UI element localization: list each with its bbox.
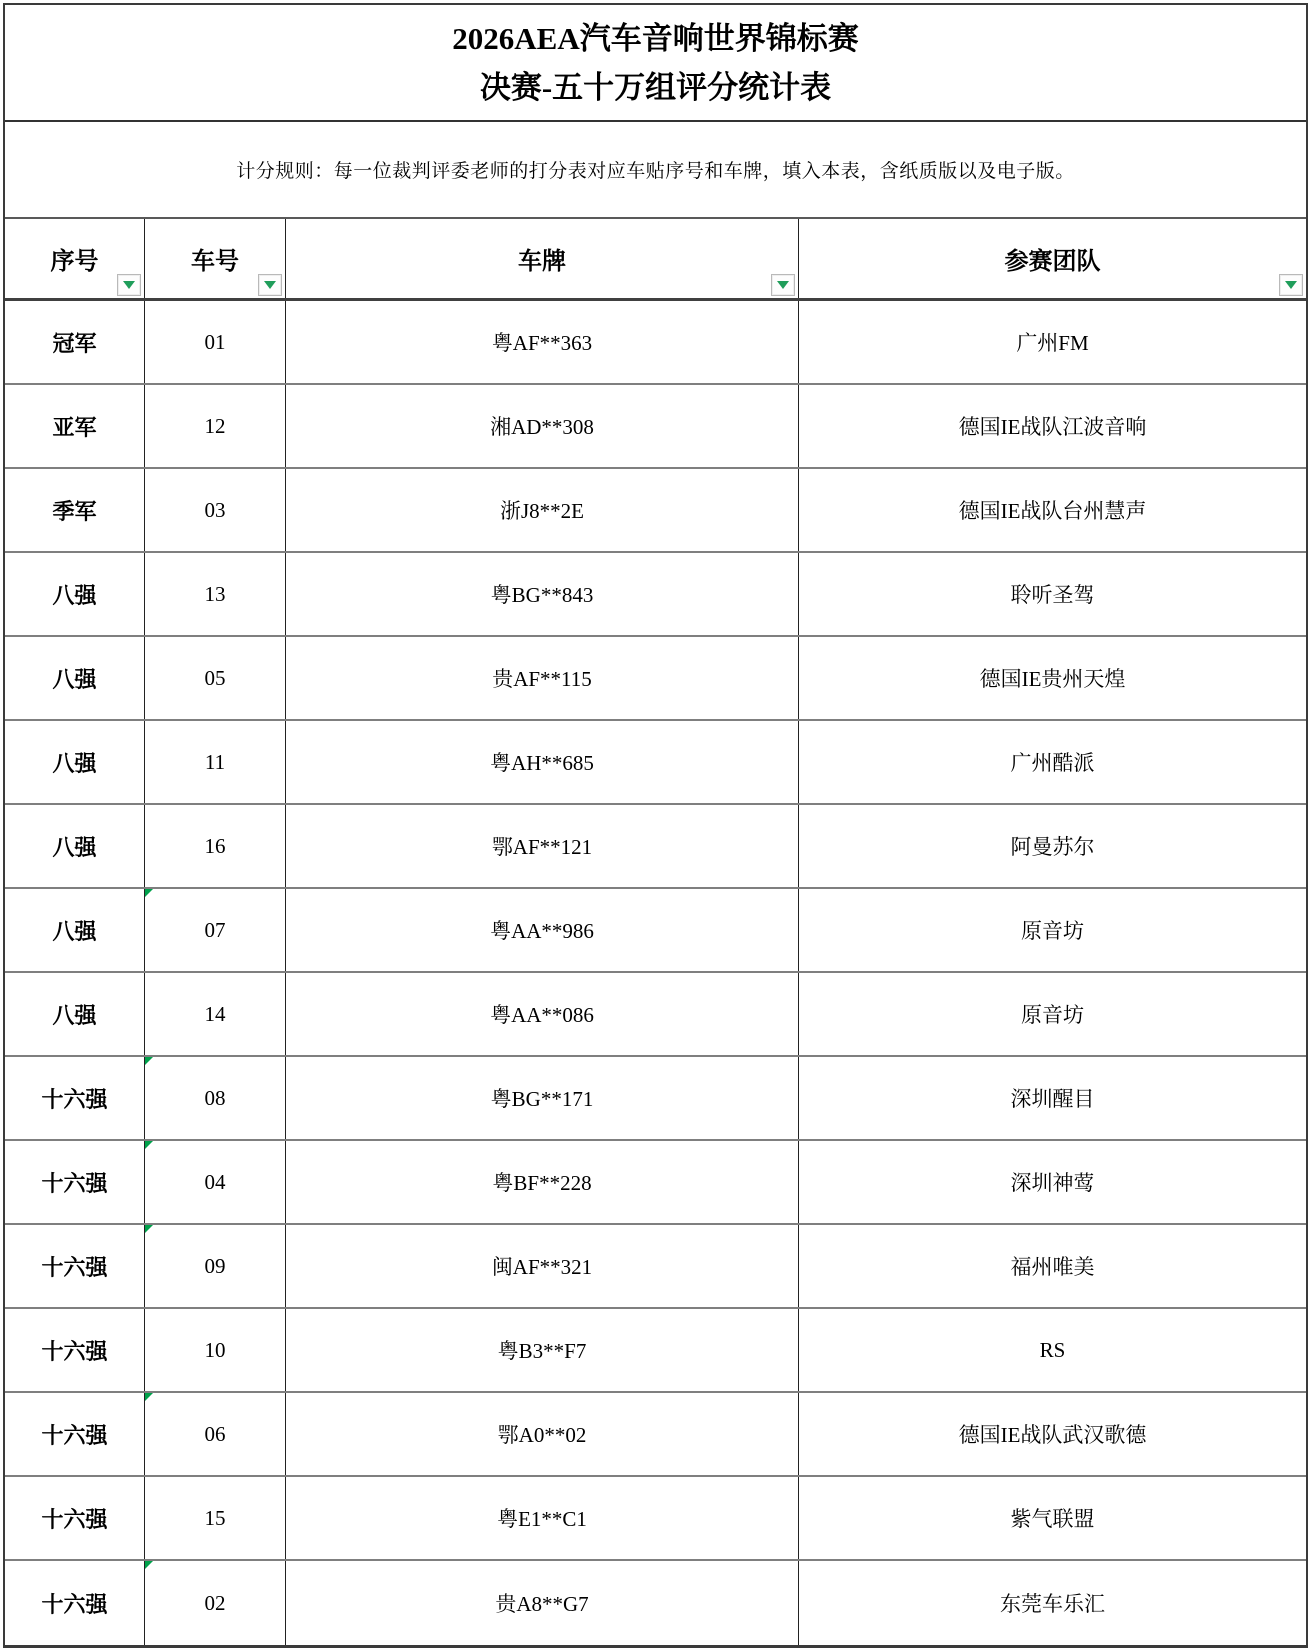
team-cell: 福州唯美 (799, 1225, 1306, 1307)
scoring-rule-note: 计分规则：每一位裁判评委老师的打分表对应车贴序号和车牌，填入本表，含纸质版以及电… (5, 122, 1306, 219)
table-row: 亚军12湘AD**308德国IE战队江波音响 (5, 385, 1306, 469)
plate-cell: 贵A8**G7 (286, 1561, 799, 1645)
car-number-cell: 03 (145, 469, 286, 551)
rank-cell-text: 八强 (52, 663, 96, 694)
table-row: 十六强08粤BG**171深圳醒目 (5, 1057, 1306, 1141)
team-cell-text: 德国IE战队台州慧声 (959, 495, 1147, 525)
plate-cell: 湘AD**308 (286, 385, 799, 467)
plate-cell-text: 粤B3**F7 (498, 1335, 587, 1365)
team-cell-text: 深圳醒目 (1011, 1083, 1095, 1113)
table-row: 八强07粤AA**986原音坊 (5, 889, 1306, 973)
team-cell-text: 紫气联盟 (1011, 1503, 1095, 1533)
plate-cell: 粤BG**171 (286, 1057, 799, 1139)
table-row: 八强05贵AF**115德国IE贵州天煌 (5, 637, 1306, 721)
rank-cell-text: 季军 (52, 495, 96, 526)
column-header-label: 参赛团队 (1005, 241, 1101, 276)
plate-cell: 粤B3**F7 (286, 1309, 799, 1391)
team-cell: 广州FM (799, 301, 1306, 383)
rank-cell: 十六强 (5, 1309, 145, 1391)
car-number-cell-text: 05 (205, 666, 226, 691)
car-number-cell: 02 (145, 1561, 286, 1645)
plate-cell: 闽AF**321 (286, 1225, 799, 1307)
car-number-cell-text: 02 (205, 1591, 226, 1616)
rank-cell: 八强 (5, 973, 145, 1055)
team-cell-text: RS (1040, 1338, 1066, 1363)
plate-cell: 粤AH**685 (286, 721, 799, 803)
car-number-cell: 09 (145, 1225, 286, 1307)
plate-cell: 粤AF**363 (286, 301, 799, 383)
rank-cell-text: 八强 (52, 831, 96, 862)
rank-cell-text: 十六强 (41, 1419, 107, 1450)
car-number-cell-text: 01 (205, 330, 226, 355)
table-row: 十六强15粤E1**C1紫气联盟 (5, 1477, 1306, 1561)
car-number-cell: 12 (145, 385, 286, 467)
team-cell-text: 德国IE贵州天煌 (980, 663, 1126, 693)
team-cell: RS (799, 1309, 1306, 1391)
team-cell-text: 聆听圣驾 (1011, 579, 1095, 609)
table-row: 八强14粤AA**086原音坊 (5, 973, 1306, 1057)
column-header-seq: 序号 (5, 219, 145, 298)
car-number-cell-text: 06 (205, 1422, 226, 1447)
car-number-cell-text: 08 (205, 1086, 226, 1111)
team-cell: 德国IE贵州天煌 (799, 637, 1306, 719)
team-cell: 深圳醒目 (799, 1057, 1306, 1139)
rank-cell: 十六强 (5, 1477, 145, 1559)
filter-button-team[interactable] (1279, 274, 1303, 296)
title-line-2: 决赛-五十万组评分统计表 (480, 63, 831, 112)
cell-error-indicator-icon (145, 1393, 153, 1401)
table-row: 十六强04粤BF**228深圳神莺 (5, 1141, 1306, 1225)
team-cell: 阿曼苏尔 (799, 805, 1306, 887)
rank-cell-text: 八强 (52, 747, 96, 778)
plate-cell-text: 粤BF**228 (492, 1167, 591, 1197)
rank-cell-text: 十六强 (41, 1167, 107, 1198)
car-number-cell: 10 (145, 1309, 286, 1391)
filter-dropdown-icon (123, 281, 135, 289)
cell-error-indicator-icon (145, 1057, 153, 1065)
table-row: 季军03浙J8**2E德国IE战队台州慧声 (5, 469, 1306, 553)
plate-cell: 粤E1**C1 (286, 1477, 799, 1559)
filter-button-plate[interactable] (771, 274, 795, 296)
car-number-cell-text: 13 (205, 582, 226, 607)
car-number-cell: 13 (145, 553, 286, 635)
team-cell: 德国IE战队江波音响 (799, 385, 1306, 467)
team-cell: 广州酷派 (799, 721, 1306, 803)
table-row: 十六强10粤B3**F7RS (5, 1309, 1306, 1393)
team-cell-text: 原音坊 (1021, 915, 1084, 945)
plate-cell: 鄂AF**121 (286, 805, 799, 887)
team-cell: 紫气联盟 (799, 1477, 1306, 1559)
column-header-car-no: 车号 (145, 219, 286, 298)
rank-cell-text: 十六强 (41, 1335, 107, 1366)
plate-cell-text: 粤BG**843 (491, 579, 594, 609)
plate-cell-text: 粤AH**685 (490, 747, 594, 777)
rank-cell: 八强 (5, 553, 145, 635)
car-number-cell-text: 09 (205, 1254, 226, 1279)
rank-cell: 十六强 (5, 1057, 145, 1139)
plate-cell-text: 粤BG**171 (491, 1083, 594, 1113)
car-number-cell-text: 16 (205, 834, 226, 859)
car-number-cell-text: 12 (205, 414, 226, 439)
car-number-cell: 01 (145, 301, 286, 383)
column-header-plate: 车牌 (286, 219, 799, 298)
plate-cell-text: 闽AF**321 (492, 1251, 592, 1281)
filter-button-car-no[interactable] (258, 274, 282, 296)
team-cell-text: 深圳神莺 (1011, 1167, 1095, 1197)
rank-cell: 八强 (5, 637, 145, 719)
team-cell: 深圳神莺 (799, 1141, 1306, 1223)
team-cell-text: 德国IE战队江波音响 (959, 411, 1147, 441)
car-number-cell: 04 (145, 1141, 286, 1223)
rank-cell: 季军 (5, 469, 145, 551)
table-row: 八强11粤AH**685广州酷派 (5, 721, 1306, 805)
table-row: 十六强09闽AF**321福州唯美 (5, 1225, 1306, 1309)
car-number-cell: 16 (145, 805, 286, 887)
plate-cell: 粤BG**843 (286, 553, 799, 635)
car-number-cell: 14 (145, 973, 286, 1055)
cell-error-indicator-icon (145, 1141, 153, 1149)
plate-cell-text: 鄂AF**121 (492, 831, 592, 861)
table-row: 十六强06鄂A0**02德国IE战队武汉歌德 (5, 1393, 1306, 1477)
plate-cell: 鄂A0**02 (286, 1393, 799, 1475)
plate-cell: 粤AA**986 (286, 889, 799, 971)
table-row: 八强16鄂AF**121阿曼苏尔 (5, 805, 1306, 889)
column-header-label: 序号 (51, 241, 99, 276)
plate-cell: 贵AF**115 (286, 637, 799, 719)
column-header-label: 车牌 (518, 241, 566, 276)
page-title: 2026AEA汽车音响世界锦标赛 决赛-五十万组评分统计表 (5, 5, 1306, 122)
team-cell: 东莞车乐汇 (799, 1561, 1306, 1645)
cell-error-indicator-icon (145, 889, 153, 897)
table-header-row: 序号车号车牌参赛团队 (5, 219, 1306, 301)
rank-cell-text: 十六强 (41, 1503, 107, 1534)
rank-cell: 亚军 (5, 385, 145, 467)
filter-button-seq[interactable] (117, 274, 141, 296)
title-line-1: 2026AEA汽车音响世界锦标赛 (452, 14, 858, 63)
plate-cell-text: 贵AF**115 (492, 663, 592, 693)
filter-dropdown-icon (264, 281, 276, 289)
column-header-label: 车号 (191, 241, 239, 276)
team-cell: 德国IE战队武汉歌德 (799, 1393, 1306, 1475)
rank-cell: 十六强 (5, 1393, 145, 1475)
plate-cell: 粤BF**228 (286, 1141, 799, 1223)
column-header-team: 参赛团队 (799, 219, 1306, 298)
filter-dropdown-icon (777, 281, 789, 289)
plate-cell-text: 粤E1**C1 (497, 1503, 587, 1533)
rank-cell-text: 十六强 (41, 1251, 107, 1282)
car-number-cell-text: 04 (205, 1170, 226, 1195)
rank-cell: 十六强 (5, 1141, 145, 1223)
rank-cell-text: 八强 (52, 915, 96, 946)
plate-cell-text: 粤AA**086 (490, 999, 594, 1029)
plate-cell-text: 鄂A0**02 (498, 1419, 587, 1449)
rank-cell: 十六强 (5, 1225, 145, 1307)
rank-cell: 十六强 (5, 1561, 145, 1645)
car-number-cell-text: 14 (205, 1002, 226, 1027)
table-row: 冠军01粤AF**363广州FM (5, 301, 1306, 385)
plate-cell-text: 湘AD**308 (490, 411, 594, 441)
rank-cell: 八强 (5, 889, 145, 971)
plate-cell-text: 贵A8**G7 (495, 1588, 588, 1618)
table-row: 十六强02贵A8**G7东莞车乐汇 (5, 1561, 1306, 1645)
rank-cell: 八强 (5, 721, 145, 803)
car-number-cell: 06 (145, 1393, 286, 1475)
rank-cell-text: 八强 (52, 579, 96, 610)
table-body: 冠军01粤AF**363广州FM亚军12湘AD**308德国IE战队江波音响季军… (5, 301, 1306, 1645)
car-number-cell-text: 07 (205, 918, 226, 943)
table-row: 八强13粤BG**843聆听圣驾 (5, 553, 1306, 637)
filter-dropdown-icon (1285, 281, 1297, 289)
score-statistics-table: 2026AEA汽车音响世界锦标赛 决赛-五十万组评分统计表 计分规则：每一位裁判… (3, 3, 1308, 1648)
car-number-cell-text: 03 (205, 498, 226, 523)
rank-cell-text: 冠军 (52, 327, 96, 358)
car-number-cell: 15 (145, 1477, 286, 1559)
cell-error-indicator-icon (145, 1225, 153, 1233)
team-cell: 德国IE战队台州慧声 (799, 469, 1306, 551)
car-number-cell-text: 15 (205, 1506, 226, 1531)
team-cell: 聆听圣驾 (799, 553, 1306, 635)
cell-error-indicator-icon (145, 1561, 153, 1569)
car-number-cell-text: 10 (205, 1338, 226, 1363)
team-cell-text: 广州FM (1016, 327, 1088, 357)
car-number-cell: 11 (145, 721, 286, 803)
car-number-cell-text: 11 (205, 750, 225, 775)
team-cell-text: 东莞车乐汇 (1000, 1588, 1105, 1618)
plate-cell-text: 浙J8**2E (500, 495, 584, 525)
plate-cell: 浙J8**2E (286, 469, 799, 551)
team-cell-text: 原音坊 (1021, 999, 1084, 1029)
plate-cell-text: 粤AA**986 (490, 915, 594, 945)
team-cell-text: 广州酷派 (1011, 747, 1095, 777)
rank-cell-text: 亚军 (52, 411, 96, 442)
team-cell-text: 阿曼苏尔 (1011, 831, 1095, 861)
rank-cell-text: 十六强 (41, 1083, 107, 1114)
rank-cell: 冠军 (5, 301, 145, 383)
rank-cell-text: 十六强 (41, 1588, 107, 1619)
plate-cell: 粤AA**086 (286, 973, 799, 1055)
team-cell: 原音坊 (799, 973, 1306, 1055)
car-number-cell: 05 (145, 637, 286, 719)
car-number-cell: 07 (145, 889, 286, 971)
team-cell: 原音坊 (799, 889, 1306, 971)
team-cell-text: 德国IE战队武汉歌德 (959, 1419, 1147, 1449)
rank-cell: 八强 (5, 805, 145, 887)
car-number-cell: 08 (145, 1057, 286, 1139)
rank-cell-text: 八强 (52, 999, 96, 1030)
plate-cell-text: 粤AF**363 (492, 327, 592, 357)
team-cell-text: 福州唯美 (1011, 1251, 1095, 1281)
